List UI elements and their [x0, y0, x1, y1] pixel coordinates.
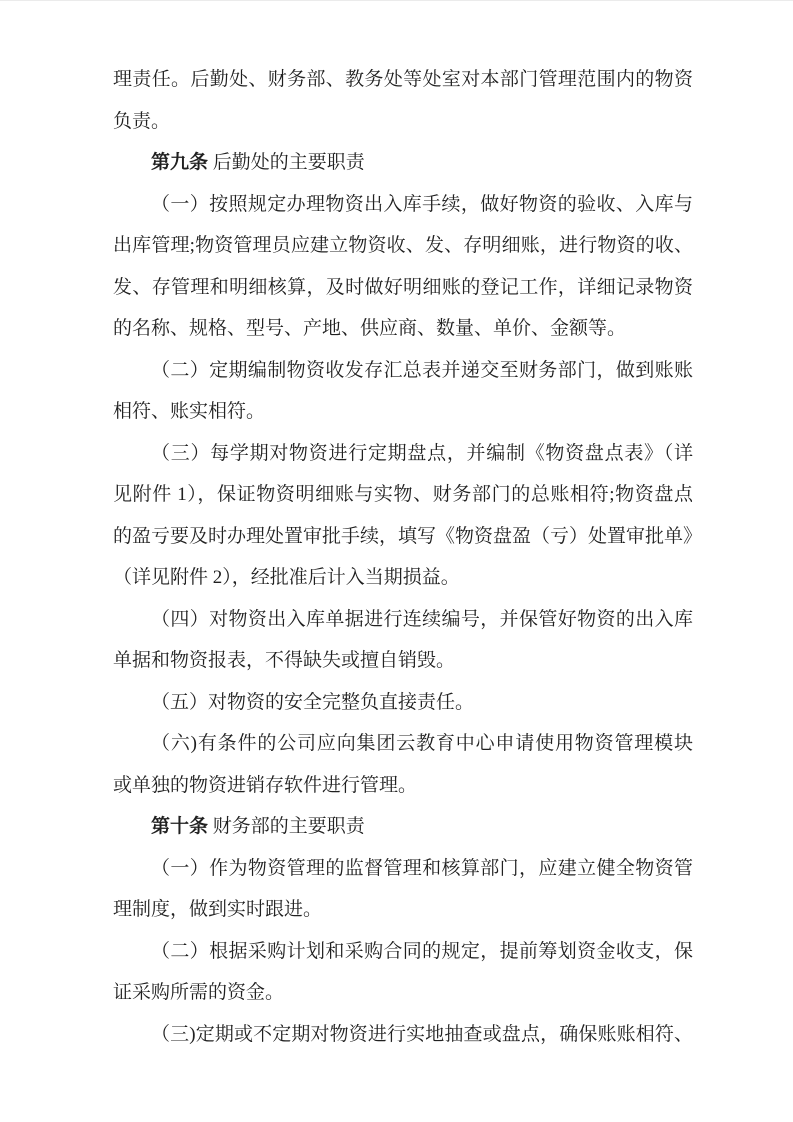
article-number: 第十条	[151, 816, 208, 837]
paragraph: （二）根据采购计划和采购合同的规定，提前筹划资金收支，保证采购所需的资金。	[113, 931, 693, 1014]
text-line: 发、存管理和明细核算，及时做好明细账的登记工作，详细记录物资	[113, 267, 693, 309]
paragraph: （二）定期编制物资收发存汇总表并递交至财务部门，做到账账相符、账实相符。	[113, 350, 693, 433]
text-line: （三）每学期对物资进行定期盘点，并编制《物资盘点表》（详	[113, 433, 693, 475]
paragraph: （三）每学期对物资进行定期盘点，并编制《物资盘点表》（详见附件 1），保证物资明…	[113, 433, 693, 599]
text-line: （详见附件 2），经批准后计入当期损益。	[113, 557, 693, 599]
text-line: （二）定期编制物资收发存汇总表并递交至财务部门，做到账账	[113, 350, 693, 392]
paragraph: （五）对物资的安全完整负直接责任。	[113, 682, 693, 724]
article-number: 第九条	[151, 152, 208, 173]
paragraph: （四）对物资出入库单据进行连续编号，并保管好物资的出入库单据和物资报表，不得缺失…	[113, 599, 693, 682]
article-heading: 第九条 后勤处的主要职责	[113, 142, 693, 184]
text-line: 理制度，做到实时跟进。	[113, 889, 693, 931]
paragraph: （六)有条件的公司应向集团云教育中心申请使用物资管理模块或单独的物资进销存软件进…	[113, 723, 693, 806]
paragraph: （一）作为物资管理的监督管理和核算部门，应建立健全物资管理制度，做到实时跟进。	[113, 848, 693, 931]
paragraph: （三)定期或不定期对物资进行实地抽查或盘点，确保账账相符、	[113, 1014, 693, 1056]
text-line: （二）根据采购计划和采购合同的规定，提前筹划资金收支，保	[113, 931, 693, 973]
text-line: 相符、账实相符。	[113, 391, 693, 433]
text-line: 证采购所需的资金。	[113, 972, 693, 1014]
text-line: 的盈亏要及时办理处置审批手续，填写《物资盘盈（亏）处置审批单》	[113, 516, 693, 558]
document-page: { "page": { "background": "#ffffff", "te…	[0, 0, 793, 1122]
text-line: 出库管理;物资管理员应建立物资收、发、存明细账，进行物资的收、	[113, 225, 693, 267]
text-line: 理责任。后勤处、财务部、教务处等处室对本部门管理范围内的物资	[113, 59, 693, 101]
text-line: （六)有条件的公司应向集团云教育中心申请使用物资管理模块	[113, 723, 693, 765]
text-line: （一）作为物资管理的监督管理和核算部门，应建立健全物资管	[113, 848, 693, 890]
text-line: 单据和物资报表，不得缺失或擅自销毁。	[113, 640, 693, 682]
text-line: （一）按照规定办理物资出入库手续，做好物资的验收、入库与	[113, 184, 693, 226]
text-line: （五）对物资的安全完整负直接责任。	[113, 682, 693, 724]
heading-line: 第十条 财务部的主要职责	[113, 806, 693, 848]
text-line: 负责。	[113, 101, 693, 143]
article-heading: 第十条 财务部的主要职责	[113, 806, 693, 848]
text-line: 或单独的物资进销存软件进行管理。	[113, 765, 693, 807]
text-line: （四）对物资出入库单据进行连续编号，并保管好物资的出入库	[113, 599, 693, 641]
paragraph: 理责任。后勤处、财务部、教务处等处室对本部门管理范围内的物资负责。	[113, 59, 693, 142]
document-body: 理责任。后勤处、财务部、教务处等处室对本部门管理范围内的物资负责。第九条 后勤处…	[113, 59, 693, 1055]
paragraph: （一）按照规定办理物资出入库手续，做好物资的验收、入库与出库管理;物资管理员应建…	[113, 184, 693, 350]
text-line: （三)定期或不定期对物资进行实地抽查或盘点，确保账账相符、	[113, 1014, 693, 1056]
heading-line: 第九条 后勤处的主要职责	[113, 142, 693, 184]
text-line: 的名称、规格、型号、产地、供应商、数量、单价、金额等。	[113, 308, 693, 350]
text-line: 见附件 1），保证物资明细账与实物、财务部门的总账相符;物资盘点	[113, 474, 693, 516]
page: 理责任。后勤处、财务部、教务处等处室对本部门管理范围内的物资负责。第九条 后勤处…	[0, 1, 793, 1122]
